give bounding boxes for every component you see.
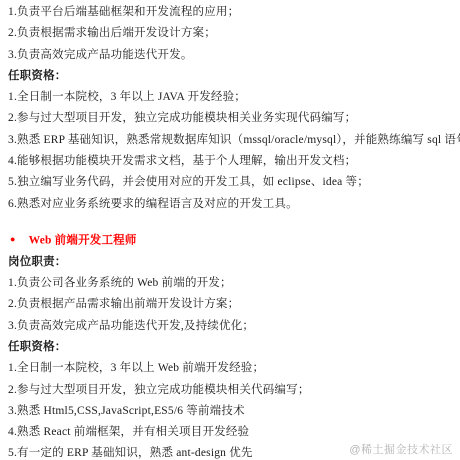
frontend-duty-item: 3.负责高效完成产品功能迭代开发,及持续优化； [8,316,454,337]
backend-qualification-item: 2.参与过大型项目开发，独立完成功能模块相关业务实现代码编写； [8,108,454,129]
frontend-engineer-title: Web 前端开发工程师 [29,234,137,246]
backend-duty-item: 1.负责平台后端基础框架和开发流程的应用； [8,2,454,23]
bullet-icon: ● [10,234,16,244]
watermark: @稀土掘金技术社区 [349,441,453,457]
backend-qualification-item: 6.熟悉对应业务系统要求的编程语言及对应的开发工具。 [8,194,454,215]
frontend-qualification-item: 2.参与过大型项目开发，独立完成功能模块相关代码编写； [8,380,454,401]
frontend-qualification-item: 1.全日制一本院校，3 年以上 Web 前端开发经验； [8,358,454,379]
backend-duty-item: 3.负责高效完成产品功能迭代开发。 [8,45,454,66]
backend-duty-item: 2.负责根据需求输出后端开发设计方案； [8,23,454,44]
backend-qualification-item: 3.熟悉 ERP 基础知识，熟悉常规数据库知识（mssql/oracle/mys… [8,130,454,151]
backend-qualification-item: 1.全日制一本院校，3 年以上 JAVA 开发经验； [8,87,454,108]
section-spacer [8,215,454,229]
job-description-document: 1.负责平台后端基础框架和开发流程的应用； 2.负责根据需求输出后端开发设计方案… [0,0,460,460]
backend-qualification-item: 4.能够根据功能模块开发需求文档，基于个人理解，输出开发文档； [8,151,454,172]
frontend-duties-heading: 岗位职责： [8,252,454,273]
frontend-duty-item: 1.负责公司各业务系统的 Web 前端的开发； [8,273,454,294]
backend-qualification-item: 5.独立编写业务代码，并会使用对应的开发工具，如 eclipse、idea 等； [8,172,454,193]
frontend-duty-item: 2.负责根据产品需求输出前端开发设计方案； [8,294,454,315]
backend-qualifications-heading: 任职资格： [8,66,454,87]
frontend-qualifications-heading: 任职资格： [8,337,454,358]
frontend-section-title-line: ●Web 前端开发工程师 [8,229,454,252]
frontend-qualification-item: 3.熟悉 Html5,CSS,JavaScript,ES5/6 等前端技术 [8,401,454,422]
